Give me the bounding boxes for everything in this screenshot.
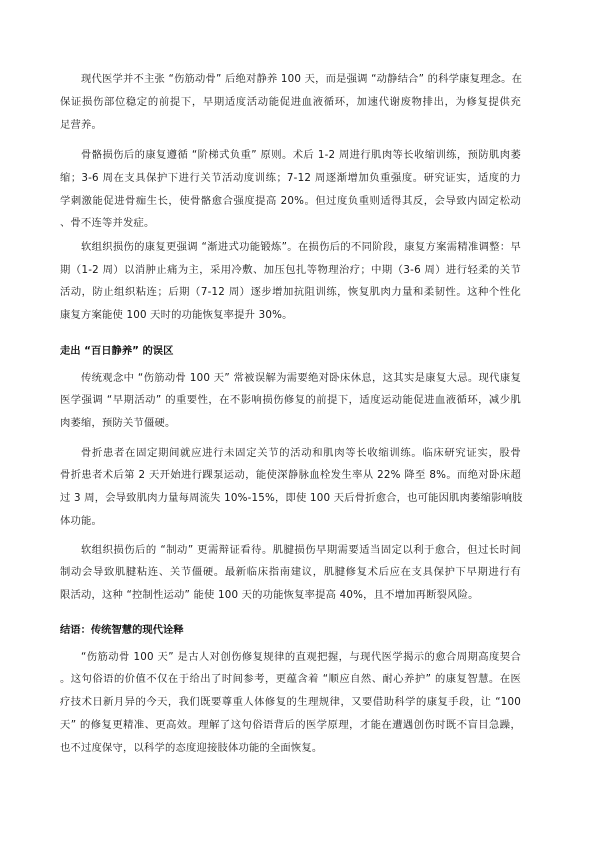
paragraph-line: 缩；3-6 周在支具保护下进行关节活动度训练；7-12 周逐渐增加负重强度。研究…: [60, 170, 521, 186]
paragraph-line: 也不过度保守，以科学的态度迎接肢体功能的全面恢复。: [60, 740, 521, 756]
paragraph-line: “伤筋动骨 100 天” 是古人对创伤修复规律的直观把握，与现代医学揭示的愈合周…: [81, 649, 521, 665]
paragraph-line: 骨折患者术后第 2 天开始进行踝泵运动，能使深静脉血栓发生率从 22% 降至 8…: [60, 467, 521, 483]
paragraph-line: 期（1-2 周）以消肿止痛为主，采用冷敷、加压包扎等物理治疗；中期（3-6 周）…: [60, 262, 521, 278]
paragraph-line: 足营养。: [60, 117, 521, 133]
paragraph-line: 肉萎缩，预防关节僵硬。: [60, 415, 521, 431]
paragraph-line: 制动会导致肌腱粘连、关节僵硬。最新临床指南建议，肌腱修复术后应在支具保护下早期进…: [60, 564, 521, 580]
document-page: 现代医学并不主张 “伤筋动骨” 后绝对静养 100 天，而是强调 “动静结合” …: [0, 0, 595, 841]
paragraph-line: 软组织损伤后的 “制动” 更需辩证看待。肌腱损伤早期需要适当固定以利于愈合，但过…: [81, 542, 521, 558]
paragraph-line: 医学强调 “早期活动” 的重要性，在不影响损伤修复的前提下，适度运动能促进血液循…: [60, 392, 521, 408]
paragraph-line: 活动，防止组织粘连；后期（7-12 周）逐步增加抗阻训练，恢复肌肉力量和柔韧性。…: [60, 284, 521, 300]
paragraph-line: 传统观念中 “伤筋动骨 100 天” 常被误解为需要绝对卧床休息，这其实是康复大…: [81, 370, 521, 386]
paragraph-line: 骨骼损伤后的康复遵循 “阶梯式负重” 原则。术后 1-2 周进行肌肉等长收缩训练…: [81, 147, 521, 163]
paragraph-line: 疗技术日新月异的今天，我们既要尊重人体修复的生理规律，又要借助科学的康复手段，让…: [60, 694, 521, 710]
paragraph-line: 软组织损伤的康复更强调 “渐进式功能锻炼”。在损伤后的不同阶段，康复方案需精准调…: [81, 239, 521, 255]
paragraph-line: 过 3 周，会导致肌肉力量每周流失 10%-15%，即使 100 天后骨折愈合，…: [60, 490, 521, 506]
paragraph-line: 天” 的修复更精准、更高效。理解了这句俗语背后的医学原理，才能在遭遇创伤时既不盲…: [60, 717, 521, 733]
paragraph-line: 康复方案能使 100 天时的功能恢复率提升 30%。: [60, 307, 521, 323]
paragraph-line: 骨折患者在固定期间就应进行未固定关节的活动和肌肉等长收缩训练。临床研究证实，股骨: [81, 445, 521, 461]
paragraph-line: 、骨不连等并发症。: [60, 215, 521, 231]
paragraph-line: 保证损伤部位稳定的前提下，早期适度活动能促进血液循环，加速代谢废物排出，为修复提…: [60, 94, 521, 110]
paragraph-line: 。这句俗语的价值不仅在于给出了时间参考，更蕴含着 “顺应自然、耐心养护” 的康复…: [60, 671, 521, 687]
paragraph-line: 限活动，这种 “控制性运动” 能使 100 天的功能恢复率提高 40%，且不增加…: [60, 587, 521, 603]
paragraph-line: 体功能。: [60, 513, 521, 529]
section-heading-conclusion: 结语：传统智慧的现代诠释: [60, 622, 184, 638]
paragraph-line: 学刺激能促进骨痂生长，使骨骼愈合强度提高 20%。但过度负重则适得其反，会导致内…: [60, 193, 521, 209]
paragraph-line: 现代医学并不主张 “伤筋动骨” 后绝对静养 100 天，而是强调 “动静结合” …: [81, 71, 521, 87]
section-heading-misconception: 走出 “百日静养” 的误区: [60, 343, 173, 359]
